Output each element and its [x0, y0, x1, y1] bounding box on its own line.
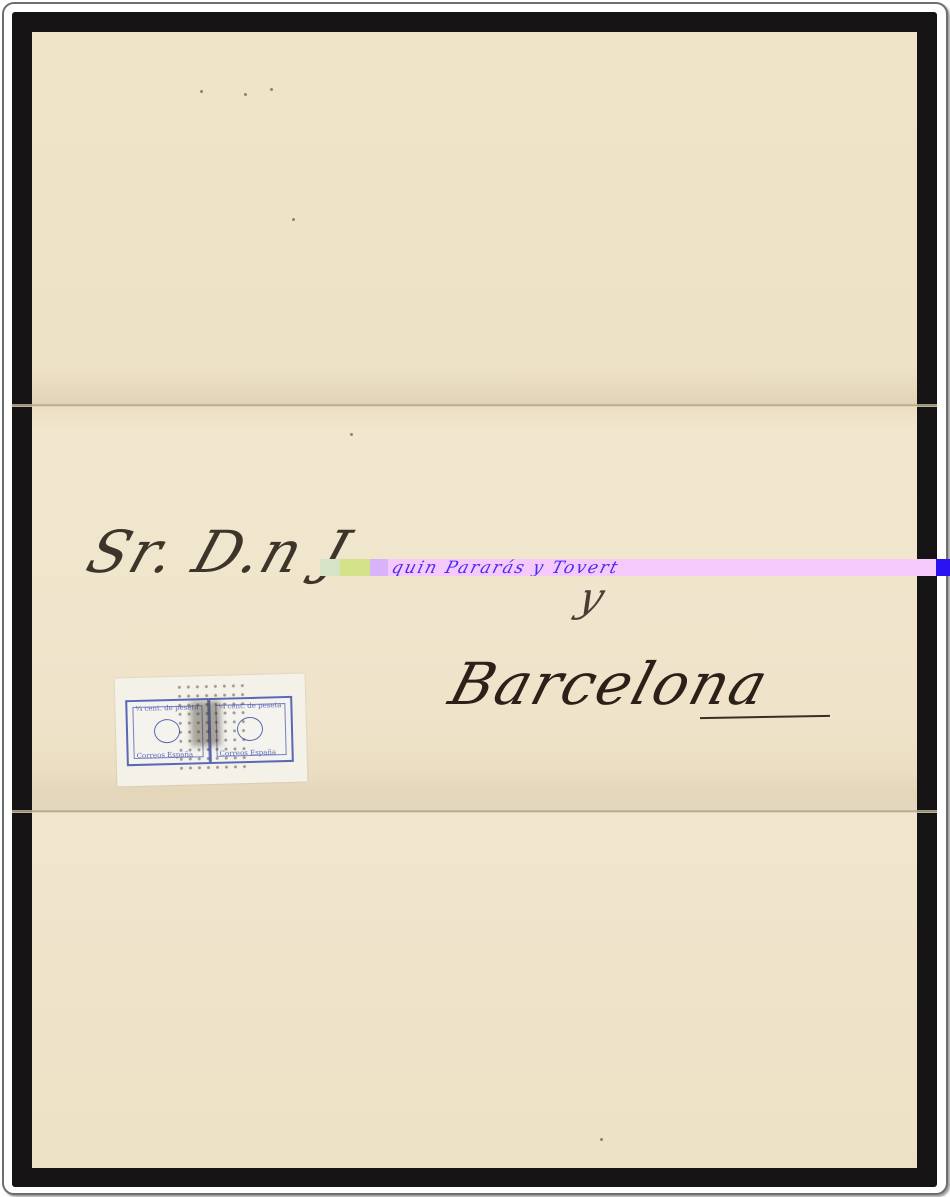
dotted-cancellation	[175, 681, 247, 773]
fold-line-lower	[12, 810, 937, 813]
highlight-artifact	[340, 559, 370, 576]
address-city: Barcelona	[442, 650, 777, 718]
paper-speck	[244, 93, 247, 96]
paper-speck	[350, 433, 353, 436]
recipient-highlight: quin Pararás y Tovert	[320, 559, 936, 576]
paper-speck	[270, 88, 273, 91]
fold-shadow	[32, 366, 917, 406]
cover-paper	[32, 32, 917, 1168]
highlight-artifact	[320, 559, 340, 576]
paper-speck	[600, 1138, 603, 1141]
fold-line-upper	[12, 404, 937, 407]
stamp-piece: ¼ cent. de peseta Correos España ¼ cent.…	[115, 674, 308, 787]
recipient-name: quin Pararás y Tovert	[385, 559, 621, 576]
paper-speck	[292, 218, 295, 221]
paper-speck	[200, 90, 203, 93]
highlight-end-marker	[936, 559, 950, 576]
